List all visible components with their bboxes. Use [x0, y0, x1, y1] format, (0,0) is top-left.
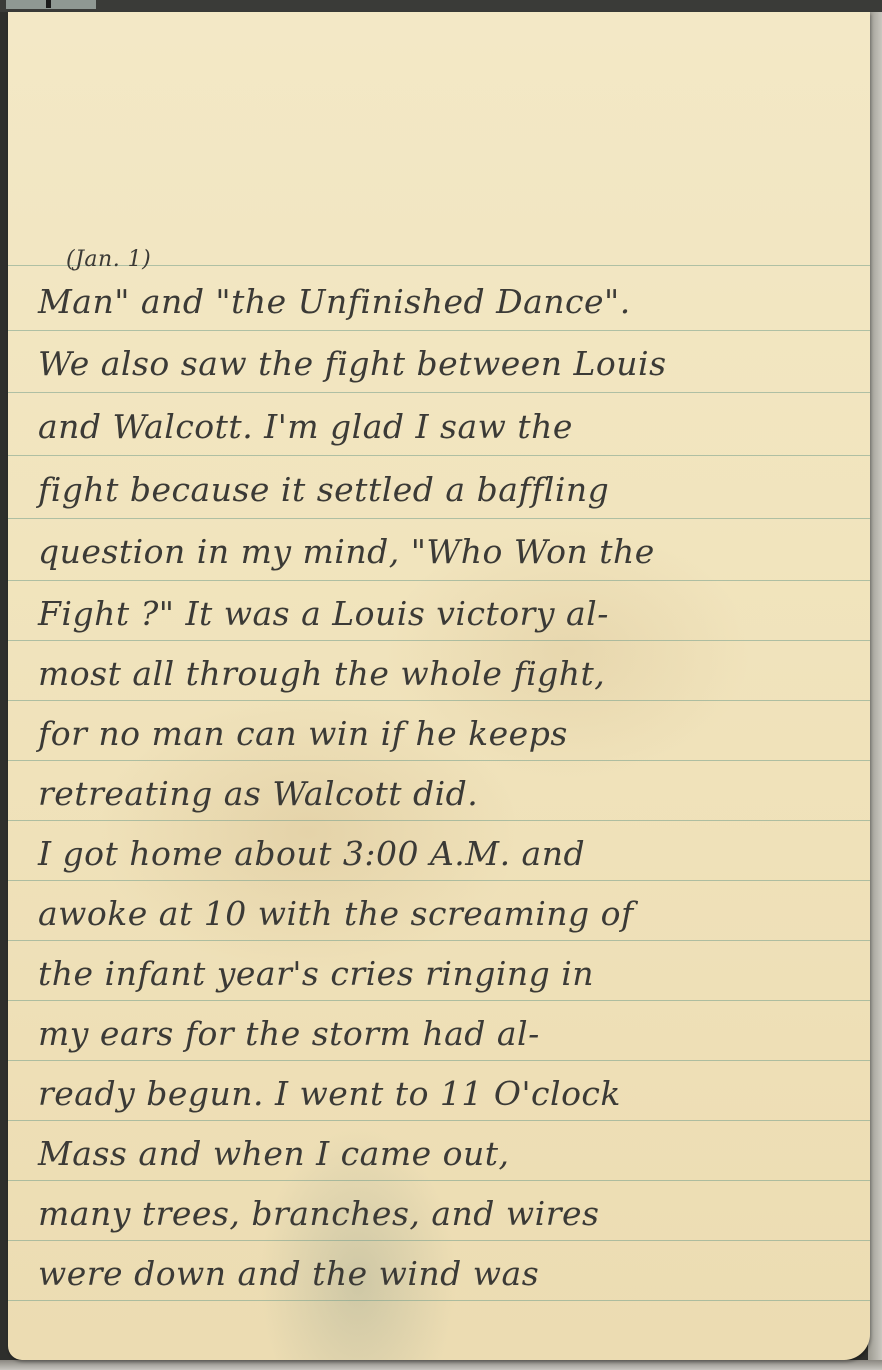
handwritten-line: question in my mind, "Who Won the: [38, 532, 655, 571]
ruled-line: [8, 940, 870, 941]
ruled-line: [8, 820, 870, 821]
handwritten-line: I got home about 3:00 A.M. and: [38, 834, 585, 873]
ruled-line: [8, 1000, 870, 1001]
handwritten-line: many trees, branches, and wires: [38, 1194, 599, 1233]
page-edge-shadow-bottom: [0, 1360, 882, 1370]
handwritten-line: the infant year's cries ringing in: [38, 954, 594, 993]
handwritten-line: fight because it settled a baffling: [38, 470, 609, 509]
date-note: (Jan. 1): [66, 247, 151, 272]
handwritten-line: my ears for the storm had al-: [38, 1014, 540, 1053]
handwritten-line: Man" and "the Unfinished Dance".: [38, 282, 631, 321]
handwritten-line: We also saw the fight between Louis: [38, 344, 667, 383]
handwritten-line: Mass and when I came out,: [38, 1134, 510, 1173]
ruled-line: [8, 580, 870, 581]
ruled-line: [8, 760, 870, 761]
scanner-top-edge: [0, 0, 882, 12]
binder-tab: [6, 0, 96, 9]
page-edge-shadow-right: [868, 12, 882, 1370]
ruled-line: [8, 1300, 870, 1301]
handwritten-line: most all through the whole fight,: [38, 654, 605, 693]
ruled-line: [8, 1060, 870, 1061]
handwritten-line: Fight ?" It was a Louis victory al-: [38, 594, 609, 633]
handwritten-line: were down and the wind was: [38, 1254, 539, 1293]
handwritten-line: and Walcott. I'm glad I saw the: [38, 407, 573, 446]
notebook-page: (Jan. 1) Man" and "the Unfinished Dance"…: [8, 12, 870, 1360]
ruled-line: [8, 518, 870, 519]
handwritten-line: retreating as Walcott did.: [38, 774, 478, 813]
handwritten-line: ready begun. I went to 11 O'clock: [38, 1074, 621, 1113]
handwritten-line: for no man can win if he keeps: [38, 714, 568, 753]
handwritten-line: awoke at 10 with the screaming of: [38, 894, 634, 933]
ruled-line: [8, 1240, 870, 1241]
ruled-line: [8, 1180, 870, 1181]
ruled-line: [8, 1120, 870, 1121]
ruled-line: [8, 700, 870, 701]
ruled-line: [8, 392, 870, 393]
ruled-line: [8, 640, 870, 641]
ruled-line: [8, 330, 870, 331]
ruled-line: [8, 455, 870, 456]
ruled-line: [8, 880, 870, 881]
binder-notch: [46, 0, 51, 8]
